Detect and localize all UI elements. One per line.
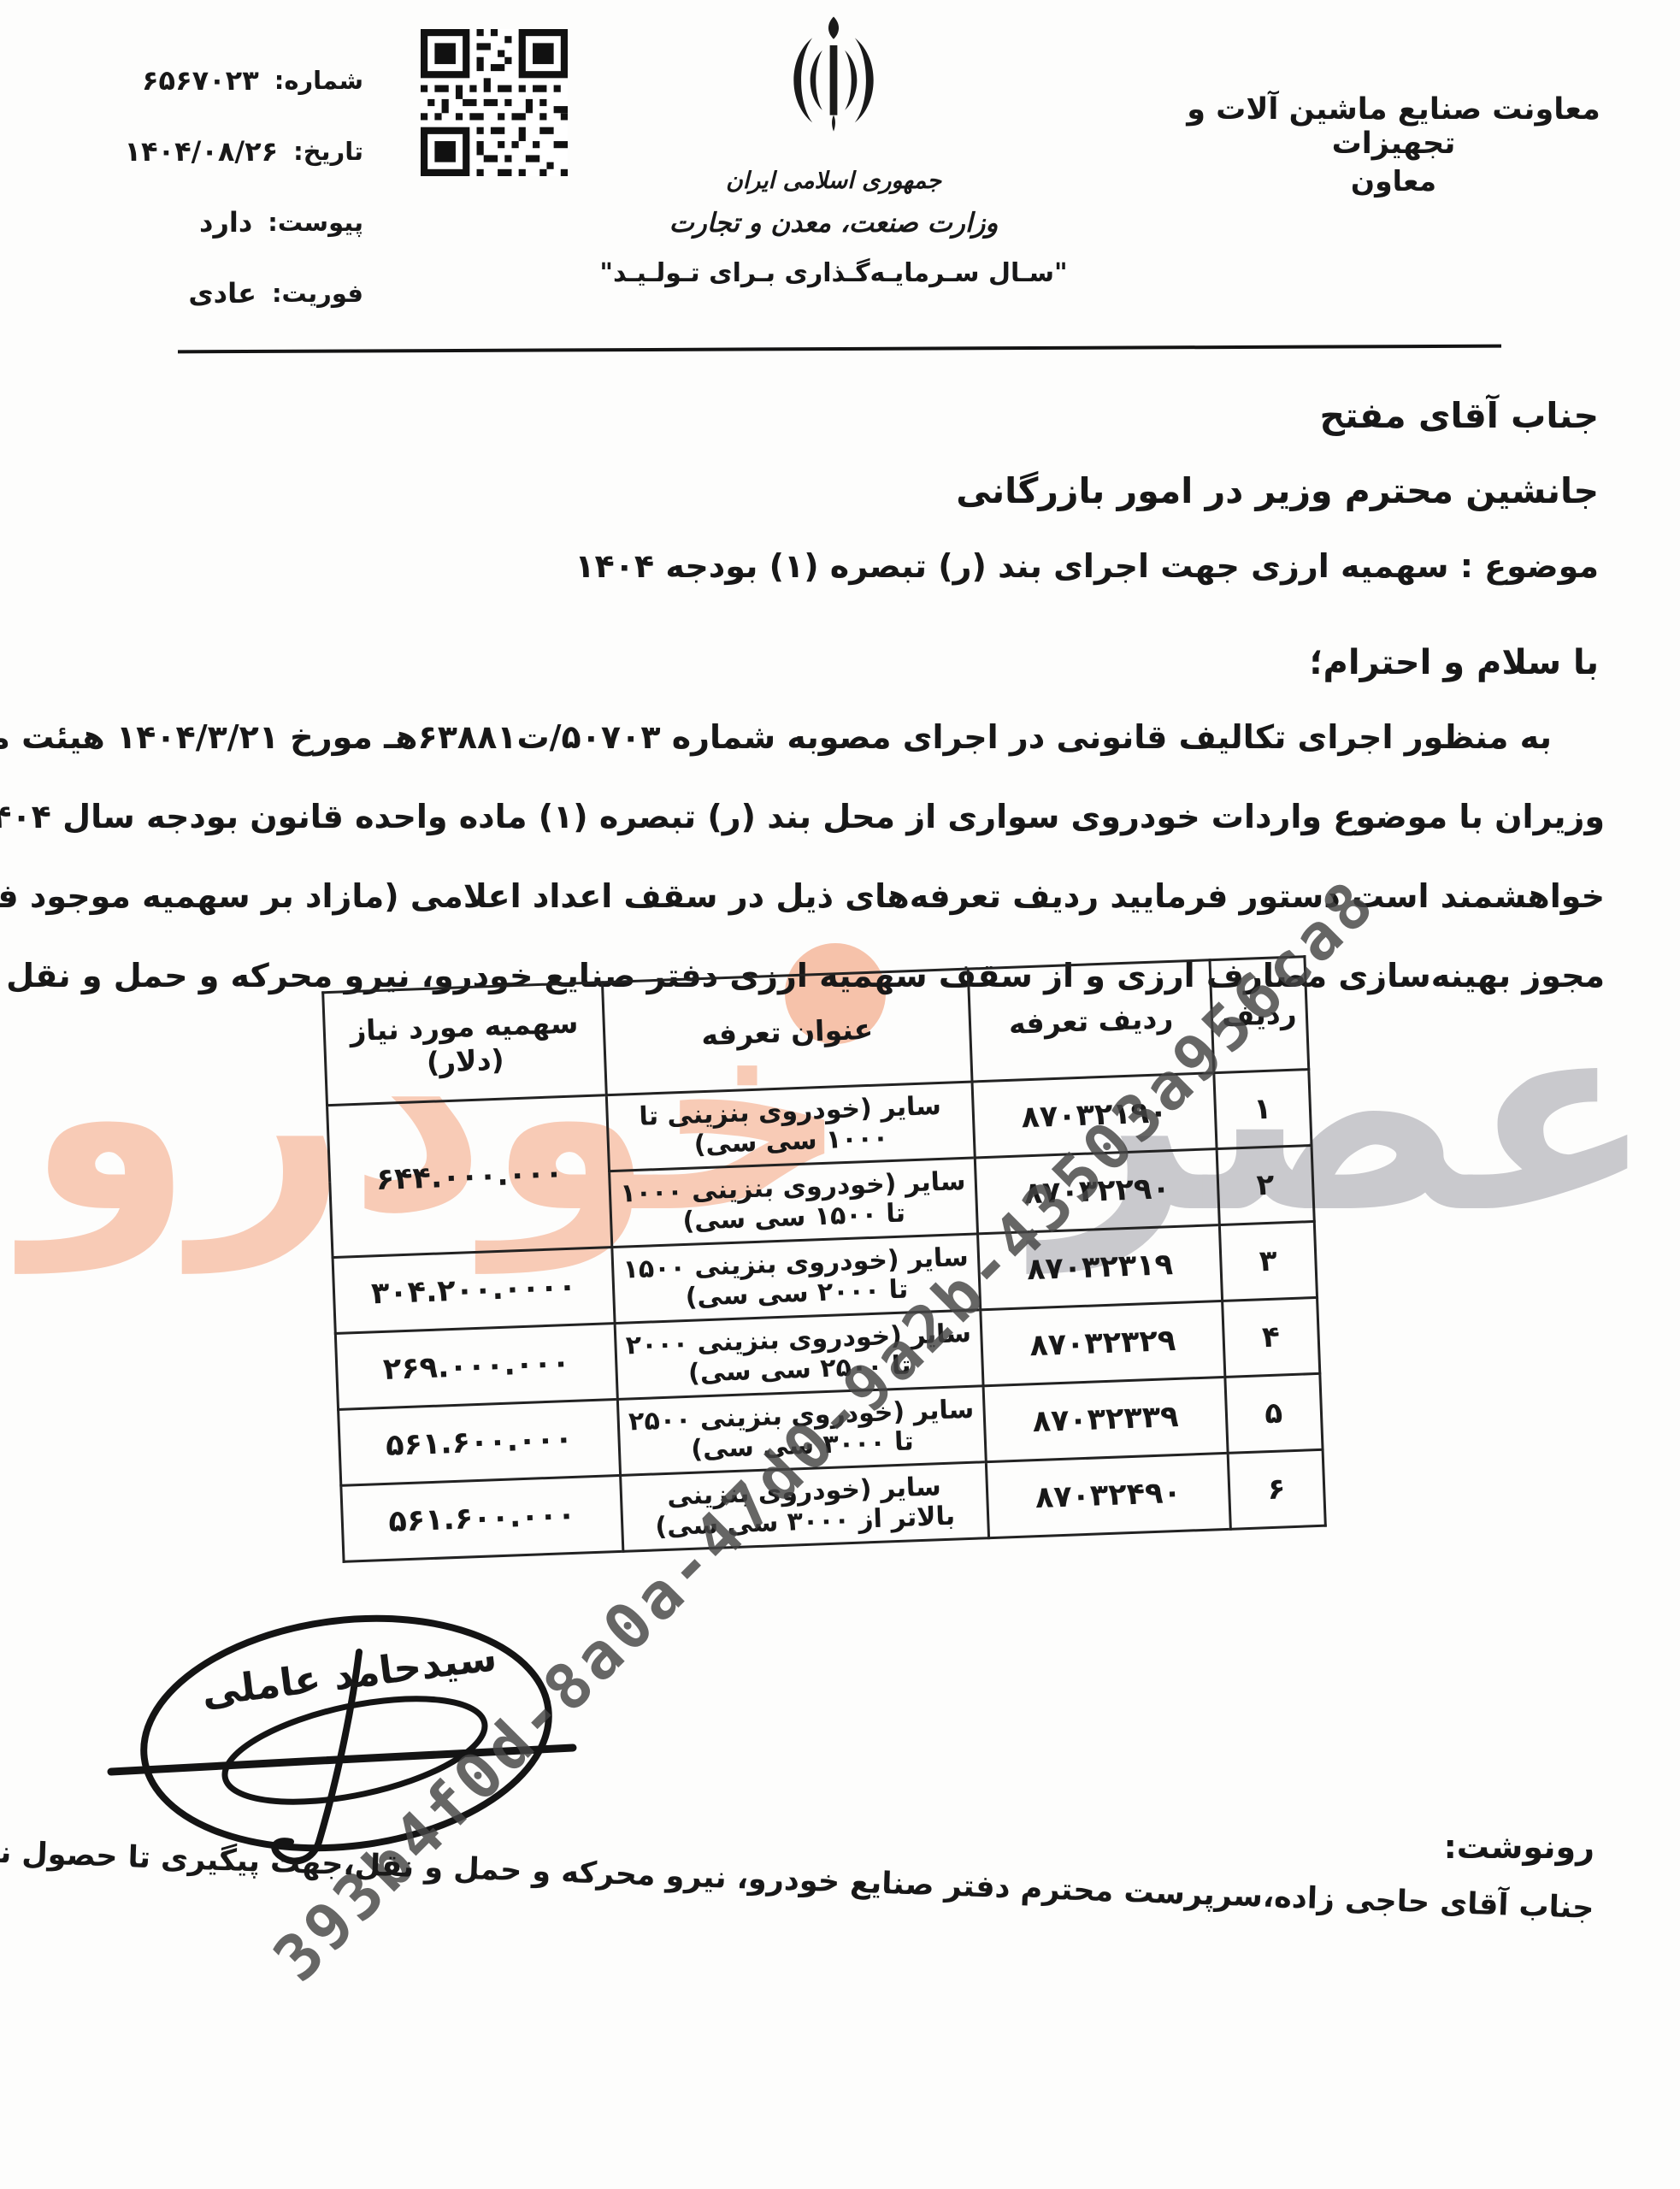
copy-section-label: رونوشت:	[1444, 1828, 1595, 1866]
ministry-title: وزارت صنعت، معدن و تجارت	[581, 208, 1086, 239]
subject-line: موضوع : سهمیه ارزی جهت اجرای بند (ر) تبص…	[575, 547, 1599, 585]
row2-title: سایر (خودروی بنزینی ۱۰۰۰ تا ۱۵۰۰ سی سی)	[610, 1158, 978, 1248]
salutation-line: با سلام و احترام؛	[1310, 643, 1599, 682]
header-divider	[178, 345, 1501, 354]
letter-attachment-value: دارد	[199, 206, 252, 239]
letter-urgency-row: فوریت: عادی	[68, 257, 363, 328]
row6-no: ۶	[1228, 1449, 1325, 1529]
department-title: معاونت صنایع ماشین آلات و تجهیزات	[1150, 92, 1637, 161]
iran-emblem-icon	[769, 15, 898, 165]
letter-number-value: ۶۵۶۷۰۲۳	[142, 64, 259, 97]
header-tariff-title: عنوان تعرفه	[602, 969, 972, 1095]
row1-no: ۱	[1214, 1070, 1312, 1149]
letterhead-info-block: شماره: ۶۵۶۷۰۲۳ تاریخ: ۱۴۰۴/۰۸/۲۶ پیوست: …	[68, 44, 363, 328]
letter-date-value: ۱۴۰۴/۰۸/۲۶	[125, 135, 279, 168]
body-line-1: به منظور اجرای تکالیف قانونی در اجرای مص…	[75, 711, 1605, 791]
row6-code: ۸۷۰۳۲۴۹۰	[986, 1453, 1230, 1537]
letter-number-row: شماره: ۶۵۶۷۰۲۳	[68, 44, 363, 115]
row5-no: ۵	[1225, 1373, 1323, 1453]
row5-code: ۸۷۰۳۲۳۳۹	[983, 1377, 1228, 1461]
row3-quota: ۳۰۴.۲۰۰.۰۰۰۰	[333, 1248, 615, 1334]
row2-no: ۲	[1217, 1146, 1314, 1225]
row1-title: سایر (خودروی بنزینی تا ۱۰۰۰ سی سی)	[606, 1082, 975, 1171]
deputy-title: معاون	[1150, 164, 1637, 198]
header-quota: سهمیه مورد نیاز (دلار)	[323, 982, 607, 1106]
row4-code: ۸۷۰۳۲۳۲۹	[981, 1301, 1225, 1385]
letter-date-row: تاریخ: ۱۴۰۴/۰۸/۲۶	[68, 115, 363, 186]
letter-attachment-label: پیوست:	[268, 208, 363, 237]
letter-attachment-row: پیوست: دارد	[68, 186, 363, 257]
letter-urgency-value: عادی	[188, 277, 256, 310]
row1-2-quota: ۶۴۴.۰۰۰.۰۰۰	[327, 1095, 612, 1258]
republic-title: جمهوری اسلامی ایران	[598, 168, 1069, 194]
row4-no: ۴	[1223, 1297, 1320, 1377]
row6-quota: ۵۶۱.۶۰۰.۰۰۰	[341, 1475, 623, 1561]
recipient-name: جناب آقای مفتح	[1320, 395, 1599, 436]
year-slogan: "سـال سـرمایـه‌گـذاری بـرای تـولـیـد"	[564, 258, 1103, 288]
row3-no: ۳	[1219, 1221, 1317, 1301]
recipient-title: جانشین محترم وزیر در امور بازرگانی	[956, 470, 1599, 511]
row5-quota: ۵۶۱.۶۰۰.۰۰۰	[339, 1399, 621, 1485]
letter-urgency-label: فوریت:	[272, 279, 363, 308]
letter-number-label: شماره:	[274, 66, 363, 95]
row4-quota: ۲۶۹.۰۰۰.۰۰۰	[335, 1324, 617, 1410]
qr-code-icon	[421, 29, 568, 176]
letter-date-label: تاریخ:	[293, 137, 363, 166]
scanned-letter-page: عصر خودرو شماره: ۶۵۶۷۰۲۳ تاریخ: ۱۴۰۴/۰۸/…	[0, 0, 1680, 2189]
